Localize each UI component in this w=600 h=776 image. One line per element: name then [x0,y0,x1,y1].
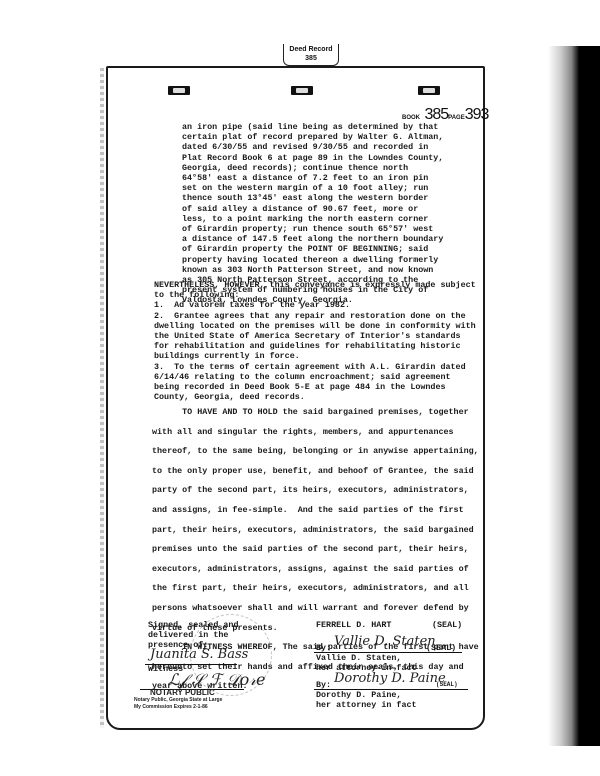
deed-record-title: Deed Record [284,45,338,54]
grantor-name: FERRELL D. HART [316,620,391,630]
binder-hole-icon [418,86,440,95]
notary-commission: My Commission Expires 2-1-86 [134,704,208,710]
scan-edge-shadow [548,46,600,746]
attorney2-signature: Dorothy D. Paine [334,671,446,686]
book-label: BOOK [402,115,420,121]
attorney1-signature: Vallie D. Staten [334,634,436,649]
notary-signature: ℒ𝒻 𝒮 ℱ 𝒟𝑜𝓇𝑒 [168,670,265,690]
attorney2-role: her attorney in fact [316,700,417,710]
notary-state: Notary Public, Georgia State at Large [134,697,222,703]
attorney1-name: Vallie D. Staten, [316,653,401,663]
book-number: 385 [424,106,448,123]
binder-hole-icon [291,86,313,95]
binding-edge [100,68,104,728]
binder-hole-icon [168,86,190,95]
property-description: an iron pipe (said line being as determi… [182,122,443,306]
deed-record-number: 385 [284,54,338,63]
page-label: PAGE [448,115,465,121]
subject-to-clause: NEVERTHELESS, HOWEVER, this conveyance i… [154,280,476,402]
attorney2-name: Dorothy D. Paine, [316,690,401,700]
deed-record-label: Deed Record 385 [283,44,339,66]
notary-public-label: NOTARY PUBLIC [150,688,215,697]
page-number: 393 [465,106,489,123]
witness-signature: Juanita S. Bass [150,647,248,662]
grantor-seal: (SEAL) [432,620,462,630]
